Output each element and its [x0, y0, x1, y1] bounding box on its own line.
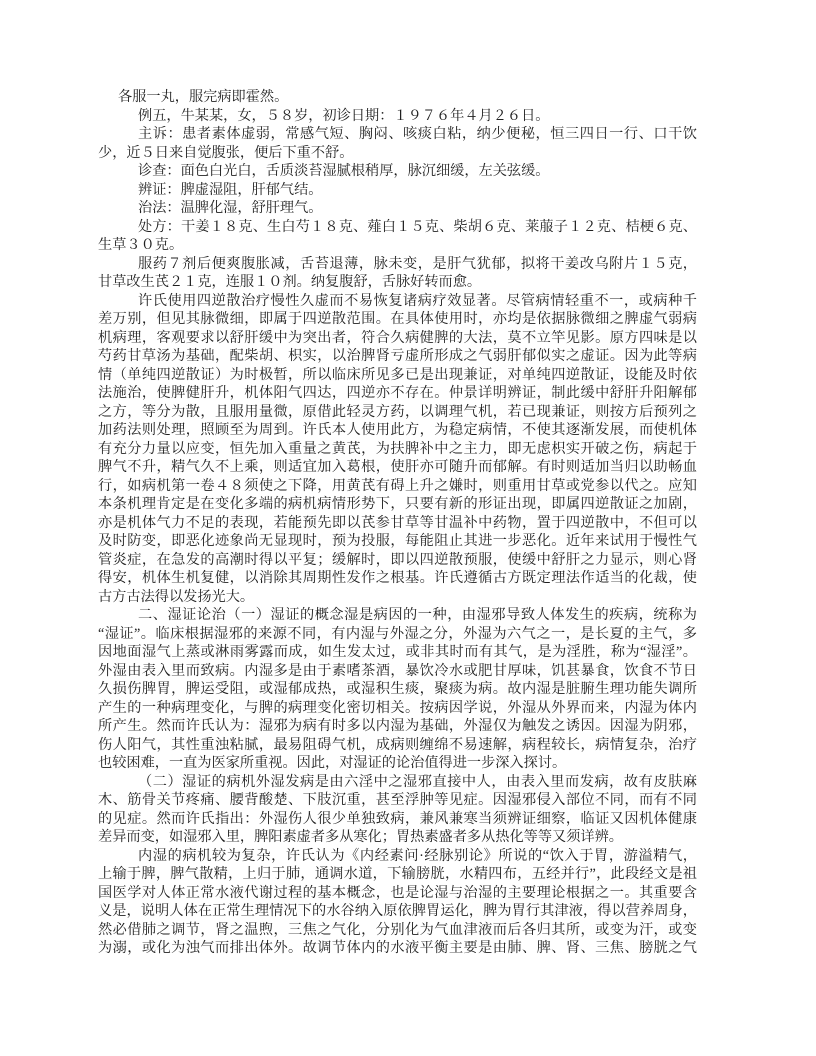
text-line: 古方古法得以发扬光大。 [98, 588, 697, 607]
paragraph-external-damp-pathogenesis: （二）湿证的病机外湿发病是由六淫中之湿邪直接中人，由表入里而发病，故有皮肤麻木、… [98, 773, 697, 847]
text-line: 因地面湿气上蒸或淋雨雾露而成，如生发太过，或非其时而有其气，是为淫胜，称为“湿淫… [98, 643, 697, 662]
paragraph-previous-case-conclusion: 各服一丸，服完病即霍然。 [98, 88, 697, 107]
paragraph-sini-san-discussion: 许氏使用四逆散治疗慢性久虚而不易恢复诸病疗效显著。尽管病情轻重不一，或病种千差万… [98, 292, 697, 607]
text-line: 服药７剂后便爽腹胀减，舌苔退薄，脉未变，是肝气犹郁，拟将干姜改乌附片１５克， [98, 255, 697, 274]
text-line: 管炎症，在急发的高潮时得以平复；缓解时，即以四逆散预服，使缓中舒肝之力显示，则心… [98, 551, 697, 570]
paragraph-syndrome-differentiation: 辨证：脾虚湿阻，肝郁气结。 [98, 181, 697, 200]
text-line: 外湿由表入里而致病。内湿多是由于素嗜茶酒，暴饮冷水或肥甘厚味，饥甚暴食，饮食不节… [98, 662, 697, 681]
paragraph-examination: 诊查：面色白光白，舌质淡苔湿腻根稍厚，脉沉细缓，左关弦缓。 [98, 162, 697, 181]
paragraph-damp-syndrome-concept: 二、湿证论治（一）湿证的概念湿是病因的一种，由湿邪导致人体发生的疾病，统称为“湿… [98, 606, 697, 773]
text-line: 甘草改生芪２１克，连服１０剂。纳复腹舒，舌脉好转而愈。 [98, 273, 697, 292]
text-line: 亦是机体气力不足的表现，若能预先即以芪参甘草等甘温补中药物，置于四逆散中，不但可… [98, 514, 697, 533]
text-line: 法施治，使脾健肝升，机体阳气四达，四逆亦不存在。仲景详明辨证，制此缓中舒肝升阳解… [98, 384, 697, 403]
text-line: 例五，牛某某，女，５８岁，初诊日期：１９７６年４月２６日。 [98, 107, 697, 126]
text-line: 木、筋骨关节疼痛、腰背酸楚、下肢沉重，甚至浮肿等见症。因湿邪侵入部位不同，而有不… [98, 791, 697, 810]
paragraph-chief-complaint: 主诉：患者素体虚弱，常感气短、胸闷、咳痰白粘，纳少便秘，恒三四日一行、口干饮少，… [98, 125, 697, 162]
text-line: 国医学对人体正常水液代谢过程的基本概念，也是论湿与治湿的主要理论根据之一。其重要… [98, 884, 697, 903]
document-page: 各服一丸，服完病即霍然。例五，牛某某，女，５８岁，初诊日期：１９７６年４月２６日… [0, 0, 816, 1056]
text-line: 差异而变，如湿邪入里，脾阳素虚者多从寒化；胃热素盛者多从热化等等又须详辨。 [98, 828, 697, 847]
text-line: 得安，机体生机复健，以消除其周期性发作之根基。许氏遵循古方既定理法作适当的化裁，… [98, 569, 697, 588]
paragraph-treatment-principle: 治法：温脾化湿，舒肝理气。 [98, 199, 697, 218]
paragraph-prescription: 处方：干姜１８克、生白芍１８克、薤白１５克、柴胡６克、莱菔子１２克、桔梗６克、生… [98, 218, 697, 255]
text-line: 主诉：患者素体虚弱，常感气短、胸闷、咳痰白粘，纳少便秘，恒三四日一行、口干饮 [98, 125, 697, 144]
text-line: 治法：温脾化湿，舒肝理气。 [98, 199, 697, 218]
text-line: 有充分力量以应变，恒先加入重量之黄芪，为扶脾补中之主力，即无虑枳实开破之伤，病起… [98, 440, 697, 459]
document-body: 各服一丸，服完病即霍然。例五，牛某某，女，５８岁，初诊日期：１９７６年４月２６日… [98, 88, 697, 958]
text-line: 各服一丸，服完病即霍然。 [98, 88, 697, 107]
text-line: 之方，等分为散，且服用量微，原借此轻灵方药，以调理气机，若已现兼证，则按方后预列… [98, 403, 697, 422]
text-line: 久损伤脾胃，脾运受阻，或湿郁成热，或湿积生痰，聚痰为病。故内湿是脏腑生理功能失调… [98, 680, 697, 699]
paragraph-followup: 服药７剂后便爽腹胀减，舌苔退薄，脉未变，是肝气犹郁，拟将干姜改乌附片１５克，甘草… [98, 255, 697, 292]
text-line: 为溺，或化为浊气而排出体外。故调节体内的水液平衡主要是由肺、脾、肾、三焦、膀胱之… [98, 939, 697, 958]
text-line: 加药法则处理，照顾至为周到。许氏本人使用此方，为稳定病情，不使其逐渐发展，而使机… [98, 421, 697, 440]
text-line: 许氏使用四逆散治疗慢性久虚而不易恢复诸病疗效显著。尽管病情轻重不一，或病种千 [98, 292, 697, 311]
text-line: 及时防变，即恶化迹象尚无显现时，预为投服，每能阻止其进一步恶化。近年来试用于慢性… [98, 532, 697, 551]
text-line: 内湿的病机较为复杂，许氏认为《内经素问·经脉别论》所说的“饮入于胃，游溢精气， [98, 847, 697, 866]
text-line: 义是，说明人体在正常生理情况下的水谷纳入原依脾胃运化，脾为胃行其津液，得以营养周… [98, 902, 697, 921]
text-line: 差万别，但见其脉微细，即属于四逆散范围。在具体使用时，亦均是依据脉微细之脾虚气弱… [98, 310, 697, 329]
text-line: 少，近５日来自觉腹张，便后下重不舒。 [98, 144, 697, 163]
text-line: 然必借肺之调节，肾之温煦，三焦之气化，分别化为气血津液而后各归其所，或变为汗，或… [98, 921, 697, 940]
text-line: 机病理，客观要求以舒肝缓中为突出者，符合久病健脾的大法，莫不立竿见影。原方四味是… [98, 329, 697, 348]
text-line: 生草３０克。 [98, 236, 697, 255]
text-line: 处方：干姜１８克、生白芍１８克、薤白１５克、柴胡６克、莱菔子１２克、桔梗６克、 [98, 218, 697, 237]
text-line: 的见症。然而许氏指出：外湿伤人很少单独致病，兼风兼寒当须辨证细察，临证又因机体健… [98, 810, 697, 829]
text-line: 情（单纯四逆散证）为时极暂，所以临床所见多已是出现兼证，对单纯四逆散证，设能及时… [98, 366, 697, 385]
text-line: 二、湿证论治（一）湿证的概念湿是病因的一种，由湿邪导致人体发生的疾病，统称为 [98, 606, 697, 625]
text-line: 所产生。然而许氏认为：湿邪为病有时多以内湿为基础，外湿仅为触发之诱因。因湿为阴邪… [98, 717, 697, 736]
text-line: 行，如病机第一卷４８须使之下降，用黄芪有碍上升之嫌时，则重用甘草或党参以代之。应… [98, 477, 697, 496]
text-line: 产生的一种病理变化，与脾的病理变化密切相关。按病因学说，外湿从外界而来，内湿为体… [98, 699, 697, 718]
paragraph-case5-header: 例五，牛某某，女，５８岁，初诊日期：１９７６年４月２６日。 [98, 107, 697, 126]
text-line: 上输于脾，脾气散精，上归于肺，通调水道，下输膀胱，水精四布，五经并行”，此段经文… [98, 865, 697, 884]
paragraph-internal-damp-pathogenesis: 内湿的病机较为复杂，许氏认为《内经素问·经脉别论》所说的“饮入于胃，游溢精气，上… [98, 847, 697, 958]
text-line: 辨证：脾虚湿阻，肝郁气结。 [98, 181, 697, 200]
text-line: 芍药甘草汤为基础，配柴胡、枳实，以治脾肾亏虚所形成之气弱肝郁似实之虚证。因为此等… [98, 347, 697, 366]
text-line: 诊查：面色白光白，舌质淡苔湿腻根稍厚，脉沉细缓，左关弦缓。 [98, 162, 697, 181]
text-line: （二）湿证的病机外湿发病是由六淫中之湿邪直接中人，由表入里而发病，故有皮肤麻 [98, 773, 697, 792]
text-line: “湿证”。临床根据湿邪的来源不同，有内湿与外湿之分，外湿为六气之一，是长夏的主气… [98, 625, 697, 644]
text-line: 也较困难，一直为医家所重视。因此，对湿证的论治值得进一步深入探讨。 [98, 754, 697, 773]
text-line: 本条机理肯定是在变化多端的病机病情形势下，只要有新的形证出现，即属四逆散证之加剧… [98, 495, 697, 514]
text-line: 脾气不升，精气久不上乘，则适宜加入葛根，使肝亦可随升而郁解。有时则适加当归以助畅… [98, 458, 697, 477]
text-line: 伤人阳气，其性重浊粘腻，最易阻碍气机，成病则缠绵不易速解，病程较长，病情复杂，治… [98, 736, 697, 755]
